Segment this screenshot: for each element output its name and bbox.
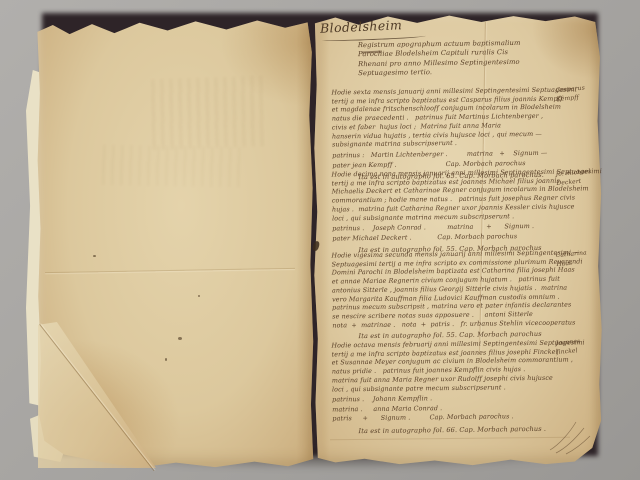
- ink-bleedthrough: [145, 76, 267, 150]
- baptism-entry: Hodie octava mensis februarij anni mille…: [331, 339, 568, 437]
- baptism-entry: Hodie vigesima secunda mensis januarij a…: [331, 249, 568, 342]
- ink-speck: [93, 255, 96, 257]
- entry-line: subsignante matrina subscripserunt .: [332, 138, 568, 150]
- baptism-entry: Hodie decima nona mensis januarij anni m…: [331, 168, 568, 256]
- manuscript-photo: Blodelsheim Registrum apographum actuum …: [0, 0, 640, 480]
- signature-line: patris + Signum . Cap. Morbach parochus …: [332, 412, 568, 424]
- ink-speck: [198, 295, 200, 297]
- page-title: Blodelsheim: [320, 18, 403, 35]
- register-preamble: Registrum apographum actuum baptismalium…: [358, 39, 521, 78]
- corner-pen-scribbles: [546, 420, 596, 456]
- ink-speck: [178, 337, 182, 340]
- signature-line: pater Michael Deckert . Cap. Morbach par…: [332, 231, 568, 243]
- signature-block: patrinus . Joseph Conrad . matrina + Sig…: [332, 222, 568, 244]
- ink-speck: [165, 358, 167, 361]
- signature-block: patrinus . Johann Kempflin . matrina . a…: [332, 393, 568, 425]
- ink-bleedthrough: [96, 145, 247, 188]
